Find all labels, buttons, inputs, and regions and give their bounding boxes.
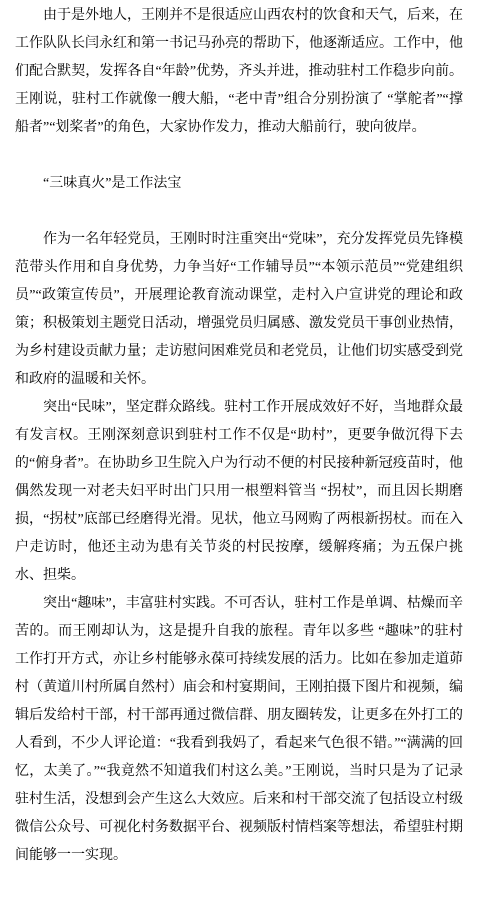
article-page: 由于是外地人，王刚并不是很适应山西农村的饮食和天气，后来，在工作队队长闫永红和第…	[0, 0, 478, 899]
paragraph-fun-flavor: 突出“趣味”，丰富驻村实践。不可否认，驻村工作是单调、枯燥而辛苦的。而王刚却认为…	[15, 590, 463, 870]
paragraph-adaptation-teamwork: 由于是外地人，王刚并不是很适应山西农村的饮食和天气，后来，在工作队队长闫永红和第…	[15, 2, 463, 142]
paragraph-party-flavor: 作为一名年轻党员，王刚时时注重突出“党味”，充分发挥党员先锋模范带头作用和自身优…	[15, 226, 463, 394]
paragraph-people-flavor: 突出“民味”，坚定群众路线。驻村工作开展成效好不好，当地群众最有发言权。王刚深刻…	[15, 394, 463, 590]
section-heading-three-flavors: “三味真火”是工作法宝	[15, 170, 463, 198]
